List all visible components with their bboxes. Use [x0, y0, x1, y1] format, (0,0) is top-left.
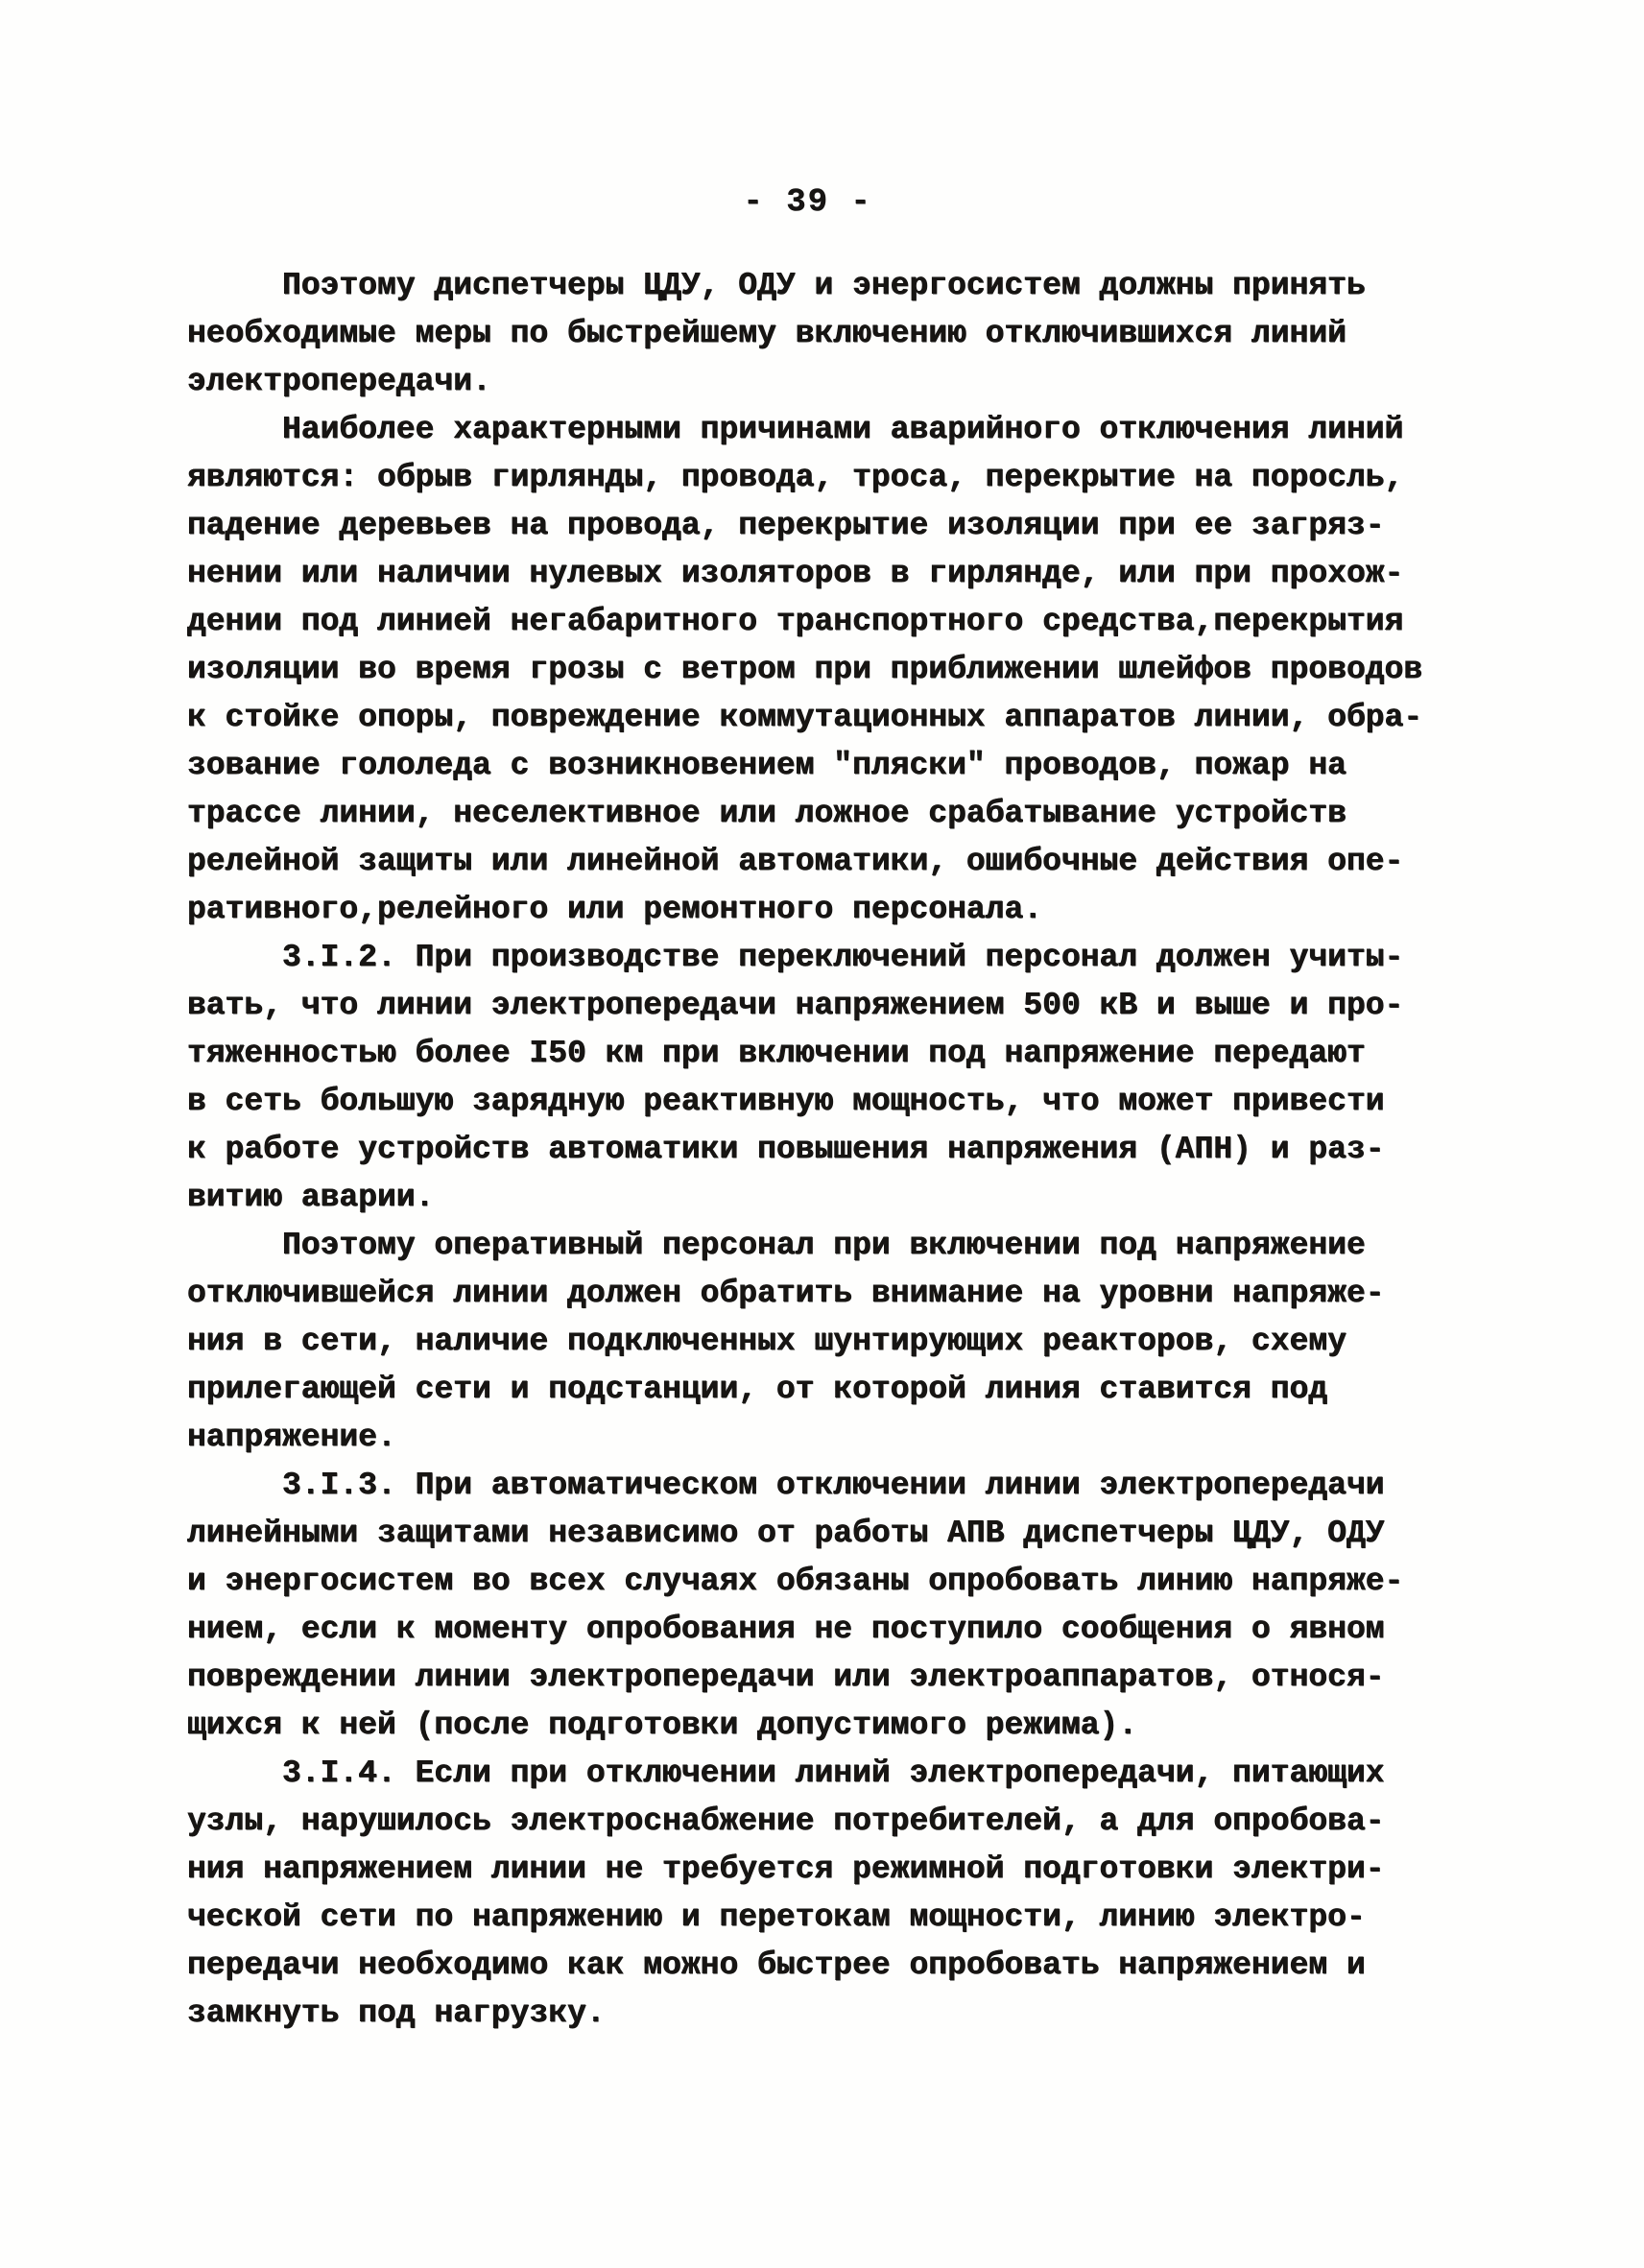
text-line: отключившейся линии должен обратить вним…: [187, 1270, 1454, 1318]
text-line: прилегающей сети и подстанции, от которо…: [187, 1366, 1454, 1414]
text-line: являются: обрыв гирлянды, провода, троса…: [187, 454, 1454, 502]
text-line: к работе устройств автоматики повышения …: [187, 1126, 1454, 1174]
text-line: нении или наличии нулевых изоляторов в г…: [187, 550, 1454, 598]
document-body: Поэтому диспетчеры ЦДУ, ОДУ и энергосист…: [187, 262, 1454, 2038]
text-line: напряжение.: [187, 1414, 1454, 1462]
page-number: - 39 -: [0, 179, 1615, 227]
text-line: 3.I.4. Если при отключении линий электро…: [187, 1750, 1454, 1798]
paragraph: 3.I.3. При автоматическом отключении лин…: [187, 1462, 1454, 1750]
text-line: дении под линией негабаритного транспорт…: [187, 598, 1454, 646]
text-line: и энергосистем во всех случаях обязаны о…: [187, 1558, 1454, 1606]
text-line: узлы, нарушилось электроснабжение потреб…: [187, 1798, 1454, 1846]
text-line: 3.I.3. При автоматическом отключении лин…: [187, 1462, 1454, 1510]
text-line: к стойке опоры, повреждение коммутационн…: [187, 694, 1454, 742]
text-line: повреждении линии электропередачи или эл…: [187, 1654, 1454, 1702]
text-line: падение деревьев на провода, перекрытие …: [187, 502, 1454, 550]
text-line: Поэтому диспетчеры ЦДУ, ОДУ и энергосист…: [187, 262, 1454, 310]
text-line: линейными защитами независимо от работы …: [187, 1510, 1454, 1558]
document-page: - 39 - Поэтому диспетчеры ЦДУ, ОДУ и эне…: [0, 0, 1644, 2268]
text-line: ческой сети по напряжению и перетокам мо…: [187, 1894, 1454, 1942]
paragraph: Поэтому оперативный персонал при включен…: [187, 1222, 1454, 1462]
paragraph: Поэтому диспетчеры ЦДУ, ОДУ и энергосист…: [187, 262, 1454, 406]
text-line: 3.I.2. При производстве переключений пер…: [187, 934, 1454, 982]
text-line: изоляции во время грозы с ветром при при…: [187, 646, 1454, 694]
text-line: нием, если к моменту опробования не пост…: [187, 1606, 1454, 1654]
text-line: ния напряжением линии не требуется режим…: [187, 1846, 1454, 1894]
paragraph: 3.I.2. При производстве переключений пер…: [187, 934, 1454, 1222]
text-line: ния в сети, наличие подключенных шунтиру…: [187, 1318, 1454, 1366]
text-line: Поэтому оперативный персонал при включен…: [187, 1222, 1454, 1270]
text-line: в сеть большую зарядную реактивную мощно…: [187, 1078, 1454, 1126]
paragraph: Наиболее характерными причинами аварийно…: [187, 406, 1454, 934]
text-line: передачи необходимо как можно быстрее оп…: [187, 1942, 1454, 1990]
text-line: витию аварии.: [187, 1174, 1454, 1222]
text-line: электропередачи.: [187, 358, 1454, 406]
paragraph: 3.I.4. Если при отключении линий электро…: [187, 1750, 1454, 2038]
text-line: вать, что линии электропередачи напряжен…: [187, 982, 1454, 1030]
text-line: трассе линии, неселективное или ложное с…: [187, 790, 1454, 838]
text-line: Наиболее характерными причинами аварийно…: [187, 406, 1454, 454]
text-line: тяженностью более I50 км при включении п…: [187, 1030, 1454, 1078]
text-line: ративного,релейного или ремонтного персо…: [187, 886, 1454, 934]
text-line: зование гололеда с возникновением "пляск…: [187, 742, 1454, 790]
text-line: щихся к ней (после подготовки допустимог…: [187, 1702, 1454, 1750]
text-line: необходимые меры по быстрейшему включени…: [187, 310, 1454, 358]
text-line: релейной защиты или линейной автоматики,…: [187, 838, 1454, 886]
text-line: замкнуть под нагрузку.: [187, 1990, 1454, 2038]
